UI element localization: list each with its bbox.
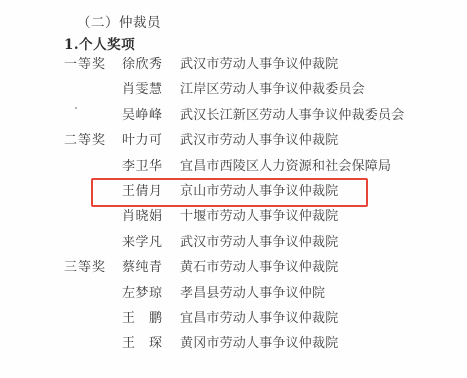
awardee-name: 徐欣秀 xyxy=(122,52,180,77)
awardee-organization: 武汉市劳动人事争议仲裁院 xyxy=(180,128,338,153)
awardee-name: 王倩月 xyxy=(122,179,180,204)
award-row: 王倩月京山市劳动人事争议仲裁院 xyxy=(0,179,467,204)
award-row: 一等奖徐欣秀武汉市劳动人事争议仲裁院 xyxy=(0,52,467,77)
awardee-organization: 黄冈市劳动人事争议仲裁院 xyxy=(180,331,338,356)
award-tier-label xyxy=(64,154,122,179)
award-row: 三等奖蔡纯青黄石市劳动人事争议仲裁院 xyxy=(0,255,467,280)
award-tier-label xyxy=(64,230,122,255)
award-row: 李卫华宜昌市西陵区人力资源和社会保障局 xyxy=(0,154,467,179)
award-tier-label xyxy=(64,281,122,306)
section-heading: （二）仲裁员 xyxy=(77,11,161,31)
awardee-name: 肖晓娟 xyxy=(122,204,180,229)
award-tier-label xyxy=(64,179,122,204)
awardee-organization: 京山市劳动人事争议仲裁院 xyxy=(180,179,338,204)
scan-artifact xyxy=(75,107,77,109)
awardee-organization: 武汉长江新区劳动人事争议仲裁委员会 xyxy=(180,103,404,128)
award-tier-label xyxy=(64,77,122,102)
award-tier-label xyxy=(64,331,122,356)
awardee-organization: 黄石市劳动人事争议仲裁院 xyxy=(180,255,338,280)
award-row: 吴峥峰武汉长江新区劳动人事争议仲裁委员会 xyxy=(0,103,467,128)
awardee-organization: 十堰市劳动人事争议仲裁院 xyxy=(180,204,338,229)
award-list: 一等奖徐欣秀武汉市劳动人事争议仲裁院肖雯慧江岸区劳动人事争议仲裁委员会吴峥峰武汉… xyxy=(0,52,467,357)
awardee-name: 吴峥峰 xyxy=(122,103,180,128)
award-tier-label xyxy=(64,103,122,128)
awardee-name: 来学凡 xyxy=(122,230,180,255)
award-row: 二等奖叶力可武汉市劳动人事争议仲裁院 xyxy=(0,128,467,153)
awardee-organization: 武汉市劳动人事争议仲裁院 xyxy=(180,52,338,77)
award-row: 肖雯慧江岸区劳动人事争议仲裁委员会 xyxy=(0,77,467,102)
awardee-organization: 武汉市劳动人事争议仲裁院 xyxy=(180,230,338,255)
award-row: 王 鹏宜昌市劳动人事争议仲裁院 xyxy=(0,306,467,331)
awardee-organization: 宜昌市西陵区人力资源和社会保障局 xyxy=(180,154,391,179)
subsection-heading: 1.个人奖项 xyxy=(64,33,135,53)
award-tier-label: 二等奖 xyxy=(64,128,122,153)
awardee-organization: 宜昌市劳动人事争议仲裁院 xyxy=(180,306,338,331)
document-page: （二）仲裁员 1.个人奖项 一等奖徐欣秀武汉市劳动人事争议仲裁院肖雯慧江岸区劳动… xyxy=(0,0,467,378)
awardee-name: 左梦琼 xyxy=(122,281,180,306)
award-row: 左梦琼孝昌县劳动人事争议仲院 xyxy=(0,281,467,306)
awardee-name: 叶力可 xyxy=(122,128,180,153)
award-row: 王 琛黄冈市劳动人事争议仲裁院 xyxy=(0,331,467,356)
award-row: 来学凡武汉市劳动人事争议仲裁院 xyxy=(0,230,467,255)
awardee-organization: 江岸区劳动人事争议仲裁委员会 xyxy=(180,77,365,102)
award-tier-label: 一等奖 xyxy=(64,52,122,77)
awardee-name: 王 鹏 xyxy=(122,306,180,331)
awardee-name: 王 琛 xyxy=(122,331,180,356)
awardee-organization: 孝昌县劳动人事争议仲院 xyxy=(180,281,325,306)
award-tier-label xyxy=(64,204,122,229)
awardee-name: 蔡纯青 xyxy=(122,255,180,280)
award-row: 肖晓娟十堰市劳动人事争议仲裁院 xyxy=(0,204,467,229)
awardee-name: 李卫华 xyxy=(122,154,180,179)
awardee-name: 肖雯慧 xyxy=(122,77,180,102)
award-tier-label: 三等奖 xyxy=(64,255,122,280)
award-tier-label xyxy=(64,306,122,331)
